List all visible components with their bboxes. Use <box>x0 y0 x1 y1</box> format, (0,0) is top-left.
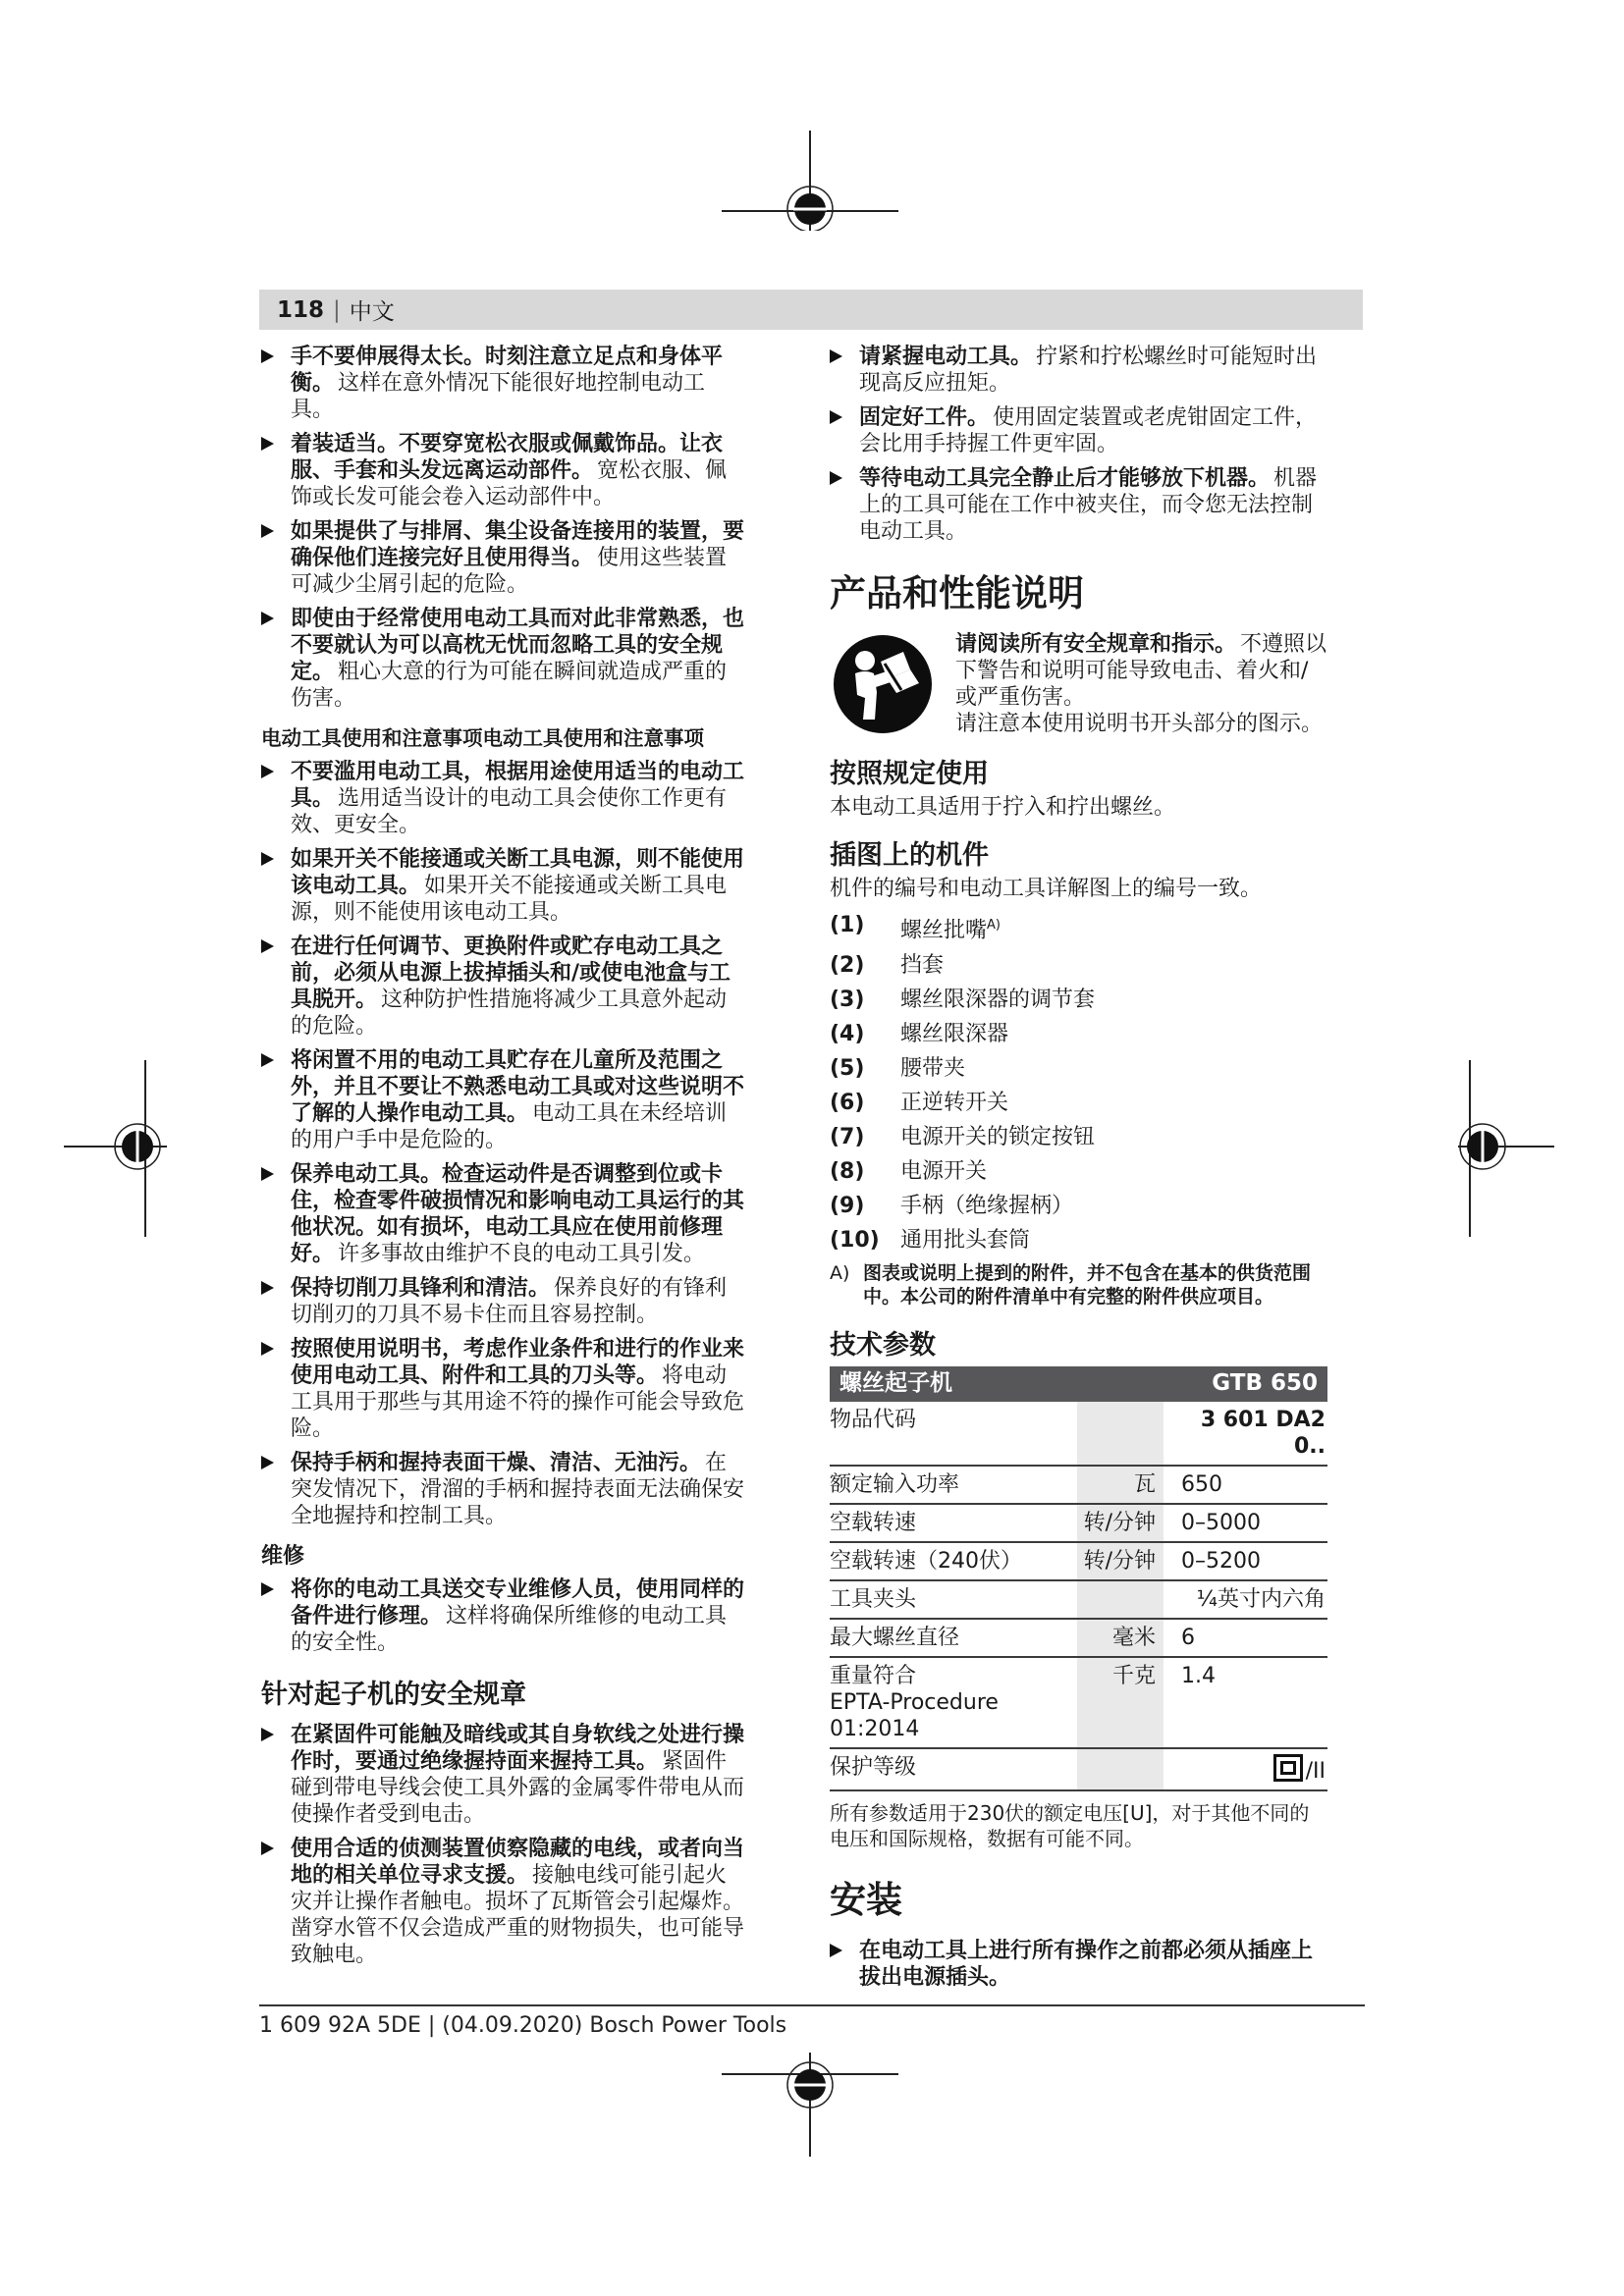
bullet-text: 保持手柄和握持表面干燥、清洁、无油污。在突发情况下，滑溜的手柄和握持表面无法确保… <box>291 1450 744 1529</box>
bullet-normal-text: 粗心大意的行为可能在瞬间就造成严重的伤害。 <box>291 660 727 711</box>
table-body: 物品代码 3 601 DA2 0.. 额定输入功率 瓦 650 空载转速 转/分… <box>830 1402 1327 1791</box>
bullet-arrow-icon <box>830 1938 859 1991</box>
safety-bullets-right-top: 请紧握电动工具。拧紧和拧松螺丝时可能短时出现高反应扭矩。 固定好工件。使用固定装… <box>830 344 1327 545</box>
subheading-illustrated-parts: 插图上的机件 <box>830 842 1327 869</box>
bullet-bold-text: 固定好工件。 <box>859 405 989 430</box>
table-label: 额定输入功率 <box>830 1467 1077 1503</box>
safety-bullets-usage: 不要滥用电动工具，根据用途使用适当的电动工具。选用适当设计的电动工具会使你工作更… <box>261 759 744 1529</box>
bullet-text: 如果提供了与排屑、集尘设备连接用的装置，要确保他们连接完好且使用得当。使用这些装… <box>291 518 744 598</box>
part-label: 螺丝限深器 <box>900 1021 1327 1047</box>
bullet-arrow-icon <box>261 606 291 712</box>
part-number: (9) <box>830 1193 900 1219</box>
table-value-text: 6 <box>1181 1626 1195 1650</box>
table-unit: 毫米 <box>1077 1620 1164 1656</box>
table-unit <box>1077 1581 1164 1618</box>
bullet-arrow-icon <box>830 465 859 545</box>
part-item: (7) 电源开关的锁定按钮 <box>830 1124 1327 1150</box>
table-value: 6 <box>1164 1620 1327 1656</box>
read-manual-icon <box>832 633 934 735</box>
manual-page: 118 | 中文 手不要伸展得太长。时刻注意立足点和身体平衡。这样在意外情况下能… <box>0 0 1624 2296</box>
install-bullets: 在电动工具上进行所有操作之前都必须从插座上拔出电源插头。 <box>830 1938 1327 1991</box>
safety-bullet: 保持手柄和握持表面干燥、清洁、无油污。在突发情况下，滑溜的手柄和握持表面无法确保… <box>261 1450 744 1529</box>
part-label: 螺丝批嘴A) <box>900 912 1327 943</box>
table-row: 工具夹头 ¼英寸内六角 <box>830 1581 1327 1620</box>
part-number: (6) <box>830 1090 900 1116</box>
safety-bullet: 请紧握电动工具。拧紧和拧松螺丝时可能短时出现高反应扭矩。 <box>830 344 1327 397</box>
table-value: 0–5000 <box>1164 1505 1327 1541</box>
safety-bullet: 不要滥用电动工具，根据用途使用适当的电动工具。选用适当设计的电动工具会使你工作更… <box>261 759 744 838</box>
bullet-text: 在紧固件可能触及暗线或其自身软线之处进行操作时，要通过绝缘握持面来握持工具。紧固… <box>291 1722 744 1828</box>
table-unit: 转/分钟 <box>1077 1505 1164 1541</box>
safety-bullets-service: 将你的电动工具送交专业维修人员，使用同样的备件进行修理。这样将确保所维修的电动工… <box>261 1576 744 1656</box>
part-sup: A) <box>987 918 1001 933</box>
bullet-arrow-icon <box>830 344 859 397</box>
safety-bullets-screwdriver: 在紧固件可能触及暗线或其自身软线之处进行操作时，要通过绝缘握持面来握持工具。紧固… <box>261 1722 744 1968</box>
bullet-bold-text: 在电动工具上进行所有操作之前都必须从插座上拔出电源插头。 <box>859 1939 1313 1990</box>
footer-text: 1 609 92A 5DE | (04.09.2020) Bosch Power… <box>259 2013 786 2038</box>
heading-product-description: 产品和性能说明 <box>830 572 1327 615</box>
footnote-text: 图表或说明上提到的附件，并不包含在基本的供货范围中。本公司的附件清单中有完整的附… <box>863 1261 1327 1308</box>
table-unit <box>1077 1749 1164 1789</box>
safety-bullet: 即使由于经常使用电动工具而对此非常熟悉，也不要就认为可以高枕无忧而忽略工具的安全… <box>261 606 744 712</box>
table-header-model: GTB 650 <box>1212 1370 1318 1397</box>
bullet-arrow-icon <box>261 1836 291 1968</box>
safety-bullet: 如果提供了与排屑、集尘设备连接用的装置，要确保他们连接完好且使用得当。使用这些装… <box>261 518 744 598</box>
page-number: 118 <box>277 297 324 323</box>
table-value-text: /II <box>1306 1759 1326 1784</box>
table-value: 3 601 DA2 0.. <box>1164 1402 1327 1465</box>
bullet-arrow-icon <box>261 846 291 926</box>
page-header: 118 | 中文 <box>259 290 1363 330</box>
table-label: 空载转速 <box>830 1505 1077 1541</box>
safety-bullet: 着装适当。不要穿宽松衣服或佩戴饰品。让衣服、手套和头发远离运动部件。宽松衣服、佩… <box>261 431 744 510</box>
part-number: (8) <box>830 1158 900 1185</box>
bullet-arrow-icon <box>261 1275 291 1328</box>
registration-mark-left <box>59 1060 167 1237</box>
part-item: (2) 挡套 <box>830 952 1327 979</box>
table-value-text: 1.4 <box>1181 1664 1216 1688</box>
table-value-text: ¼英寸内六角 <box>1197 1587 1326 1612</box>
bullet-arrow-icon <box>261 431 291 510</box>
technical-data-table: 螺丝起子机 GTB 650 物品代码 3 601 DA2 0.. 额定输入功率 … <box>830 1366 1327 1791</box>
bullet-arrow-icon <box>261 1722 291 1828</box>
bullet-text: 着装适当。不要穿宽松衣服或佩戴饰品。让衣服、手套和头发远离运动部件。宽松衣服、佩… <box>291 431 744 510</box>
bullet-bold-text: 保持切削刀具锋利和清洁。 <box>291 1276 550 1301</box>
part-item: (3) 螺丝限深器的调节套 <box>830 987 1327 1013</box>
bullet-text: 保养电动工具。检查运动件是否调整到位或卡住，检查零件破损情况和影响电动工具运行的… <box>291 1161 744 1267</box>
header-separator: | <box>333 297 341 323</box>
safety-bullet: 如果开关不能接通或关断工具电源，则不能使用该电动工具。如果开关不能接通或关断工具… <box>261 846 744 926</box>
bullet-bold-text: 等待电动工具完全静止后才能够放下机器。 <box>859 466 1270 491</box>
bullet-normal-text: 选用适当设计的电动工具会使你工作更有效、更安全。 <box>291 786 727 837</box>
bullet-arrow-icon <box>261 1450 291 1529</box>
bullet-text: 将闲置不用的电动工具贮存在儿童所及范围之外，并且不要让不熟悉电动工具或对这些说明… <box>291 1047 744 1153</box>
bullet-text: 按照使用说明书，考虑作业条件和进行的作业来使用电动工具、附件和工具的刀头等。将电… <box>291 1336 744 1442</box>
table-value-text: 0–5000 <box>1181 1511 1261 1535</box>
table-value: ¼英寸内六角 <box>1164 1581 1327 1618</box>
table-value-text: 0–5200 <box>1181 1549 1261 1574</box>
part-label: 正逆转开关 <box>900 1090 1327 1116</box>
read-manual-warning-bold: 请阅读所有安全规章和指示。 <box>955 632 1236 657</box>
safety-bullet: 在电动工具上进行所有操作之前都必须从插座上拔出电源插头。 <box>830 1938 1327 1991</box>
part-item: (10) 通用批头套筒 <box>830 1227 1327 1254</box>
table-value-text: 650 <box>1181 1472 1222 1497</box>
registration-mark-top <box>722 131 898 231</box>
part-label: 电源开关的锁定按钮 <box>900 1124 1327 1150</box>
table-value: 650 <box>1164 1467 1327 1503</box>
table-label: 重量符合 EPTA-Procedure 01:2014 <box>830 1658 1077 1747</box>
table-row: 空载转速（240伏） 转/分钟 0–5200 <box>830 1543 1327 1581</box>
left-column: 手不要伸展得太长。时刻注意立足点和身体平衡。这样在意外情况下能很好地控制电动工具… <box>261 344 744 1976</box>
right-column: 请紧握电动工具。拧紧和拧松螺丝时可能短时出现高反应扭矩。 固定好工件。使用固定装… <box>830 344 1327 1999</box>
table-header-row: 螺丝起子机 GTB 650 <box>830 1366 1327 1402</box>
part-item: (9) 手柄（绝缘握柄） <box>830 1193 1327 1219</box>
safety-bullet: 保持切削刀具锋利和清洁。保养良好的有锋利切削刃的刀具不易卡住而且容易控制。 <box>261 1275 744 1328</box>
table-row: 额定输入功率 瓦 650 <box>830 1467 1327 1505</box>
part-number: (5) <box>830 1055 900 1082</box>
table-row: 最大螺丝直径 毫米 6 <box>830 1620 1327 1658</box>
parts-list: (1) 螺丝批嘴A) (2) 挡套 (3) 螺丝限深器的调节套 (4) 螺丝限深… <box>830 912 1327 1253</box>
read-manual-note: 请注意本使用说明书开头部分的图示。 <box>955 711 1327 737</box>
bullet-arrow-icon <box>261 1047 291 1153</box>
part-number: (10) <box>830 1227 900 1254</box>
part-item: (4) 螺丝限深器 <box>830 1021 1327 1047</box>
heading-installation: 安装 <box>830 1879 1327 1922</box>
bullet-bold-text: 请紧握电动工具。 <box>859 345 1032 369</box>
part-number: (2) <box>830 952 900 979</box>
safety-bullets-top: 手不要伸展得太长。时刻注意立足点和身体平衡。这样在意外情况下能很好地控制电动工具… <box>261 344 744 712</box>
parts-intro: 机件的编号和电动工具详解图上的编号一致。 <box>830 876 1327 902</box>
safety-bullet: 按照使用说明书，考虑作业条件和进行的作业来使用电动工具、附件和工具的刀头等。将电… <box>261 1336 744 1442</box>
part-label: 手柄（绝缘握柄） <box>900 1193 1327 1219</box>
table-label: 空载转速（240伏） <box>830 1543 1077 1579</box>
table-label: 保护等级 <box>830 1749 1077 1789</box>
part-item: (6) 正逆转开关 <box>830 1090 1327 1116</box>
bullet-text: 在电动工具上进行所有操作之前都必须从插座上拔出电源插头。 <box>859 1938 1327 1991</box>
safety-bullet: 固定好工件。使用固定装置或老虎钳固定工件，会比用手持握工件更牢固。 <box>830 404 1327 457</box>
table-unit: 千克 <box>1077 1658 1164 1747</box>
bullet-text: 即使由于经常使用电动工具而对此非常熟悉，也不要就认为可以高枕无忧而忽略工具的安全… <box>291 606 744 712</box>
double-insulation-icon <box>1273 1754 1303 1782</box>
table-row: 重量符合 EPTA-Procedure 01:2014 千克 1.4 <box>830 1658 1327 1749</box>
bullet-arrow-icon <box>830 404 859 457</box>
bullet-arrow-icon <box>261 1576 291 1656</box>
table-unit <box>1077 1402 1164 1465</box>
part-label: 电源开关 <box>900 1158 1327 1185</box>
part-number: (4) <box>830 1021 900 1047</box>
safety-bullet: 手不要伸展得太长。时刻注意立足点和身体平衡。这样在意外情况下能很好地控制电动工具… <box>261 344 744 423</box>
table-unit: 瓦 <box>1077 1467 1164 1503</box>
part-number: (7) <box>830 1124 900 1150</box>
part-label: 通用批头套筒 <box>900 1227 1327 1254</box>
part-item: (8) 电源开关 <box>830 1158 1327 1185</box>
table-value: 0–5200 <box>1164 1543 1327 1579</box>
bullet-text: 不要滥用电动工具，根据用途使用适当的电动工具。选用适当设计的电动工具会使你工作更… <box>291 759 744 838</box>
part-label: 腰带夹 <box>900 1055 1327 1082</box>
safety-bullet: 在进行任何调节、更换附件或贮存电动工具之前，必须从电源上拔掉插头和/或使电池盒与… <box>261 934 744 1040</box>
parts-footnote: A) 图表或说明上提到的附件，并不包含在基本的供货范围中。本公司的附件清单中有完… <box>830 1261 1327 1308</box>
table-label: 最大螺丝直径 <box>830 1620 1077 1656</box>
bullet-normal-text: 这样在意外情况下能很好地控制电动工具。 <box>291 371 705 422</box>
table-header-product: 螺丝起子机 <box>839 1370 952 1397</box>
bullet-normal-text: 许多事故由维护不良的电动工具引发。 <box>338 1242 705 1266</box>
bullet-text: 固定好工件。使用固定装置或老虎钳固定工件，会比用手持握工件更牢固。 <box>859 404 1327 457</box>
page-language: 中文 <box>350 294 395 326</box>
bullet-arrow-icon <box>261 1336 291 1442</box>
read-manual-text: 请阅读所有安全规章和指示。不遵照以下警告和说明可能导致电击、着火和/或严重伤害。 <box>955 631 1327 711</box>
table-value-text: 3 601 DA2 0.. <box>1201 1408 1326 1459</box>
bullet-arrow-icon <box>261 518 291 598</box>
subheading-intended-use: 按照规定使用 <box>830 761 1327 787</box>
bullet-text: 请紧握电动工具。拧紧和拧松螺丝时可能短时出现高反应扭矩。 <box>859 344 1327 397</box>
bullet-bold-text: 保持手柄和握持表面干燥、清洁、无油污。 <box>291 1451 701 1475</box>
table-value: 1.4 <box>1164 1658 1327 1747</box>
part-label: 挡套 <box>900 952 1327 979</box>
part-item: (1) 螺丝批嘴A) <box>830 912 1327 943</box>
bullet-arrow-icon <box>261 934 291 1040</box>
intended-use-text: 本电动工具适用于拧入和拧出螺丝。 <box>830 794 1327 821</box>
registration-mark-bottom <box>722 2045 898 2158</box>
footnote-label: A) <box>830 1261 863 1308</box>
bullet-arrow-icon <box>261 344 291 423</box>
part-number: (3) <box>830 987 900 1013</box>
safety-bullet: 将你的电动工具送交专业维修人员，使用同样的备件进行修理。这样将确保所维修的电动工… <box>261 1576 744 1656</box>
bullet-text: 等待电动工具完全静止后才能够放下机器。机器上的工具可能在工作中被夹住，而令您无法… <box>859 465 1327 545</box>
bullet-text: 保持切削刀具锋利和清洁。保养良好的有锋利切削刃的刀具不易卡住而且容易控制。 <box>291 1275 744 1328</box>
footer-rule <box>259 2004 1365 2006</box>
table-label: 物品代码 <box>830 1402 1077 1465</box>
table-row: 物品代码 3 601 DA2 0.. <box>830 1402 1327 1467</box>
bullet-text: 在进行任何调节、更换附件或贮存电动工具之前，必须从电源上拔掉插头和/或使电池盒与… <box>291 934 744 1040</box>
subheading-service: 维修 <box>261 1543 744 1570</box>
safety-bullet: 将闲置不用的电动工具贮存在儿童所及范围之外，并且不要让不熟悉电动工具或对这些说明… <box>261 1047 744 1153</box>
table-label: 工具夹头 <box>830 1581 1077 1618</box>
table-unit: 转/分钟 <box>1077 1543 1164 1579</box>
bullet-arrow-icon <box>261 759 291 838</box>
subheading-tool-usage: 电动工具使用和注意事项电动工具使用和注意事项 <box>261 725 744 752</box>
bullet-text: 手不要伸展得太长。时刻注意立足点和身体平衡。这样在意外情况下能很好地控制电动工具… <box>291 344 744 423</box>
bullet-text: 将你的电动工具送交专业维修人员，使用同样的备件进行修理。这样将确保所维修的电动工… <box>291 1576 744 1656</box>
part-item: (5) 腰带夹 <box>830 1055 1327 1082</box>
subheading-technical-data: 技术参数 <box>830 1332 1327 1359</box>
part-number: (1) <box>830 912 900 943</box>
read-manual-block: 请阅读所有安全规章和指示。不遵照以下警告和说明可能导致电击、着火和/或严重伤害。… <box>830 631 1327 741</box>
table-row: 保护等级 /II <box>830 1749 1327 1791</box>
safety-bullet: 在紧固件可能触及暗线或其自身软线之处进行操作时，要通过绝缘握持面来握持工具。紧固… <box>261 1722 744 1828</box>
registration-mark-right <box>1429 1060 1556 1237</box>
table-value: /II <box>1164 1749 1327 1789</box>
safety-bullet: 等待电动工具完全静止后才能够放下机器。机器上的工具可能在工作中被夹住，而令您无法… <box>830 465 1327 545</box>
part-label: 螺丝限深器的调节套 <box>900 987 1327 1013</box>
table-note: 所有参数适用于230伏的额定电压[U]，对于其他不同的电压和国际规格，数据有可能… <box>830 1800 1327 1851</box>
table-row: 空载转速 转/分钟 0–5000 <box>830 1505 1327 1543</box>
safety-bullet: 使用合适的侦测装置侦察隐藏的电线，或者向当地的相关单位寻求支援。接触电线可能引起… <box>261 1836 744 1968</box>
bullet-arrow-icon <box>261 1161 291 1267</box>
heading-screwdriver-safety: 针对起子机的安全规章 <box>261 1682 744 1708</box>
bullet-text: 使用合适的侦测装置侦察隐藏的电线，或者向当地的相关单位寻求支援。接触电线可能引起… <box>291 1836 744 1968</box>
safety-bullet: 保养电动工具。检查运动件是否调整到位或卡住，检查零件破损情况和影响电动工具运行的… <box>261 1161 744 1267</box>
bullet-text: 如果开关不能接通或关断工具电源，则不能使用该电动工具。如果开关不能接通或关断工具… <box>291 846 744 926</box>
